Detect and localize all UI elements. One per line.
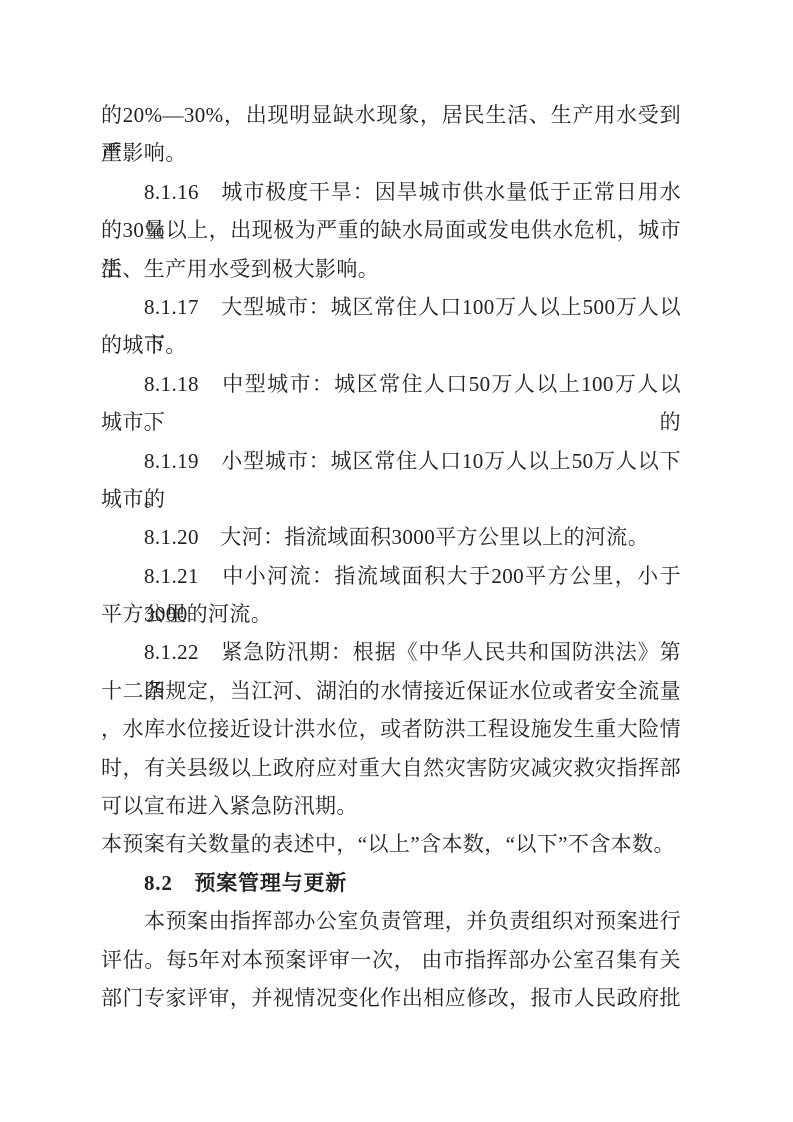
section-8-1-19: 8.1.19 小型城市：城区常住人口10万人以上50万人以下的	[101, 442, 681, 480]
text-line: ，水库水位接近设计洪水位，或者防洪工程设施发生重大险情	[101, 710, 681, 748]
section-8-1-17: 8.1.17 大型城市：城区常住人口100万人以上500万人以下	[101, 288, 681, 326]
text-line: 本预案有关数量的表述中，“以上”含本数，“以下”不含本数。	[101, 825, 681, 863]
text-line: 十二条规定，当江河、湖泊的水情接近保证水位或者安全流量	[101, 672, 681, 710]
text-line: 的30％以上，出现极为严重的缺水局面或发电供水危机，城市生	[101, 211, 681, 249]
document-text-block: 的20%—30%，出现明显缺水现象，居民生活、生产用水受到严重影响。8.1.16…	[101, 96, 681, 1017]
text-line: 本预案由指挥部办公室负责管理，并负责组织对预案进行	[101, 902, 681, 940]
text-line: 的20%—30%，出现明显缺水现象，居民生活、生产用水受到严	[101, 96, 681, 134]
text-line: 的城市。	[101, 326, 681, 364]
text-line: 活、生产用水受到极大影响。	[101, 250, 681, 288]
text-line: 评估。每5年对本预案评审一次， 由市指挥部办公室召集有关	[101, 941, 681, 979]
text-line: 可以宣布进入紧急防汛期。	[101, 787, 681, 825]
section-8-1-21: 8.1.21 中小河流：指流域面积大于200平方公里，小于3000	[101, 557, 681, 595]
section-8-1-22: 8.1.22 紧急防汛期：根据《中华人民共和国防洪法》第四	[101, 633, 681, 671]
document-page: 的20%—30%，出现明显缺水现象，居民生活、生产用水受到严重影响。8.1.16…	[0, 0, 793, 1122]
section-8-1-20: 8.1.20 大河：指流域面积3000平方公里以上的河流。	[101, 518, 681, 556]
text-line: 平方公里的河流。	[101, 595, 681, 633]
text-line: 部门专家评审，并视情况变化作出相应修改，报市人民政府批	[101, 979, 681, 1017]
section-8-1-18: 8.1.18 中型城市：城区常住人口50万人以上100万人以下的	[101, 365, 681, 403]
section-heading-8-2: 8.2 预案管理与更新	[101, 864, 681, 902]
text-line: 时，有关县级以上政府应对重大自然灾害防灾减灾救灾指挥部	[101, 749, 681, 787]
text-line: 重影响。	[101, 134, 681, 172]
section-8-1-16: 8.1.16 城市极度干旱：因旱城市供水量低于正常日用水量	[101, 173, 681, 211]
text-line: 城市。	[101, 480, 681, 518]
